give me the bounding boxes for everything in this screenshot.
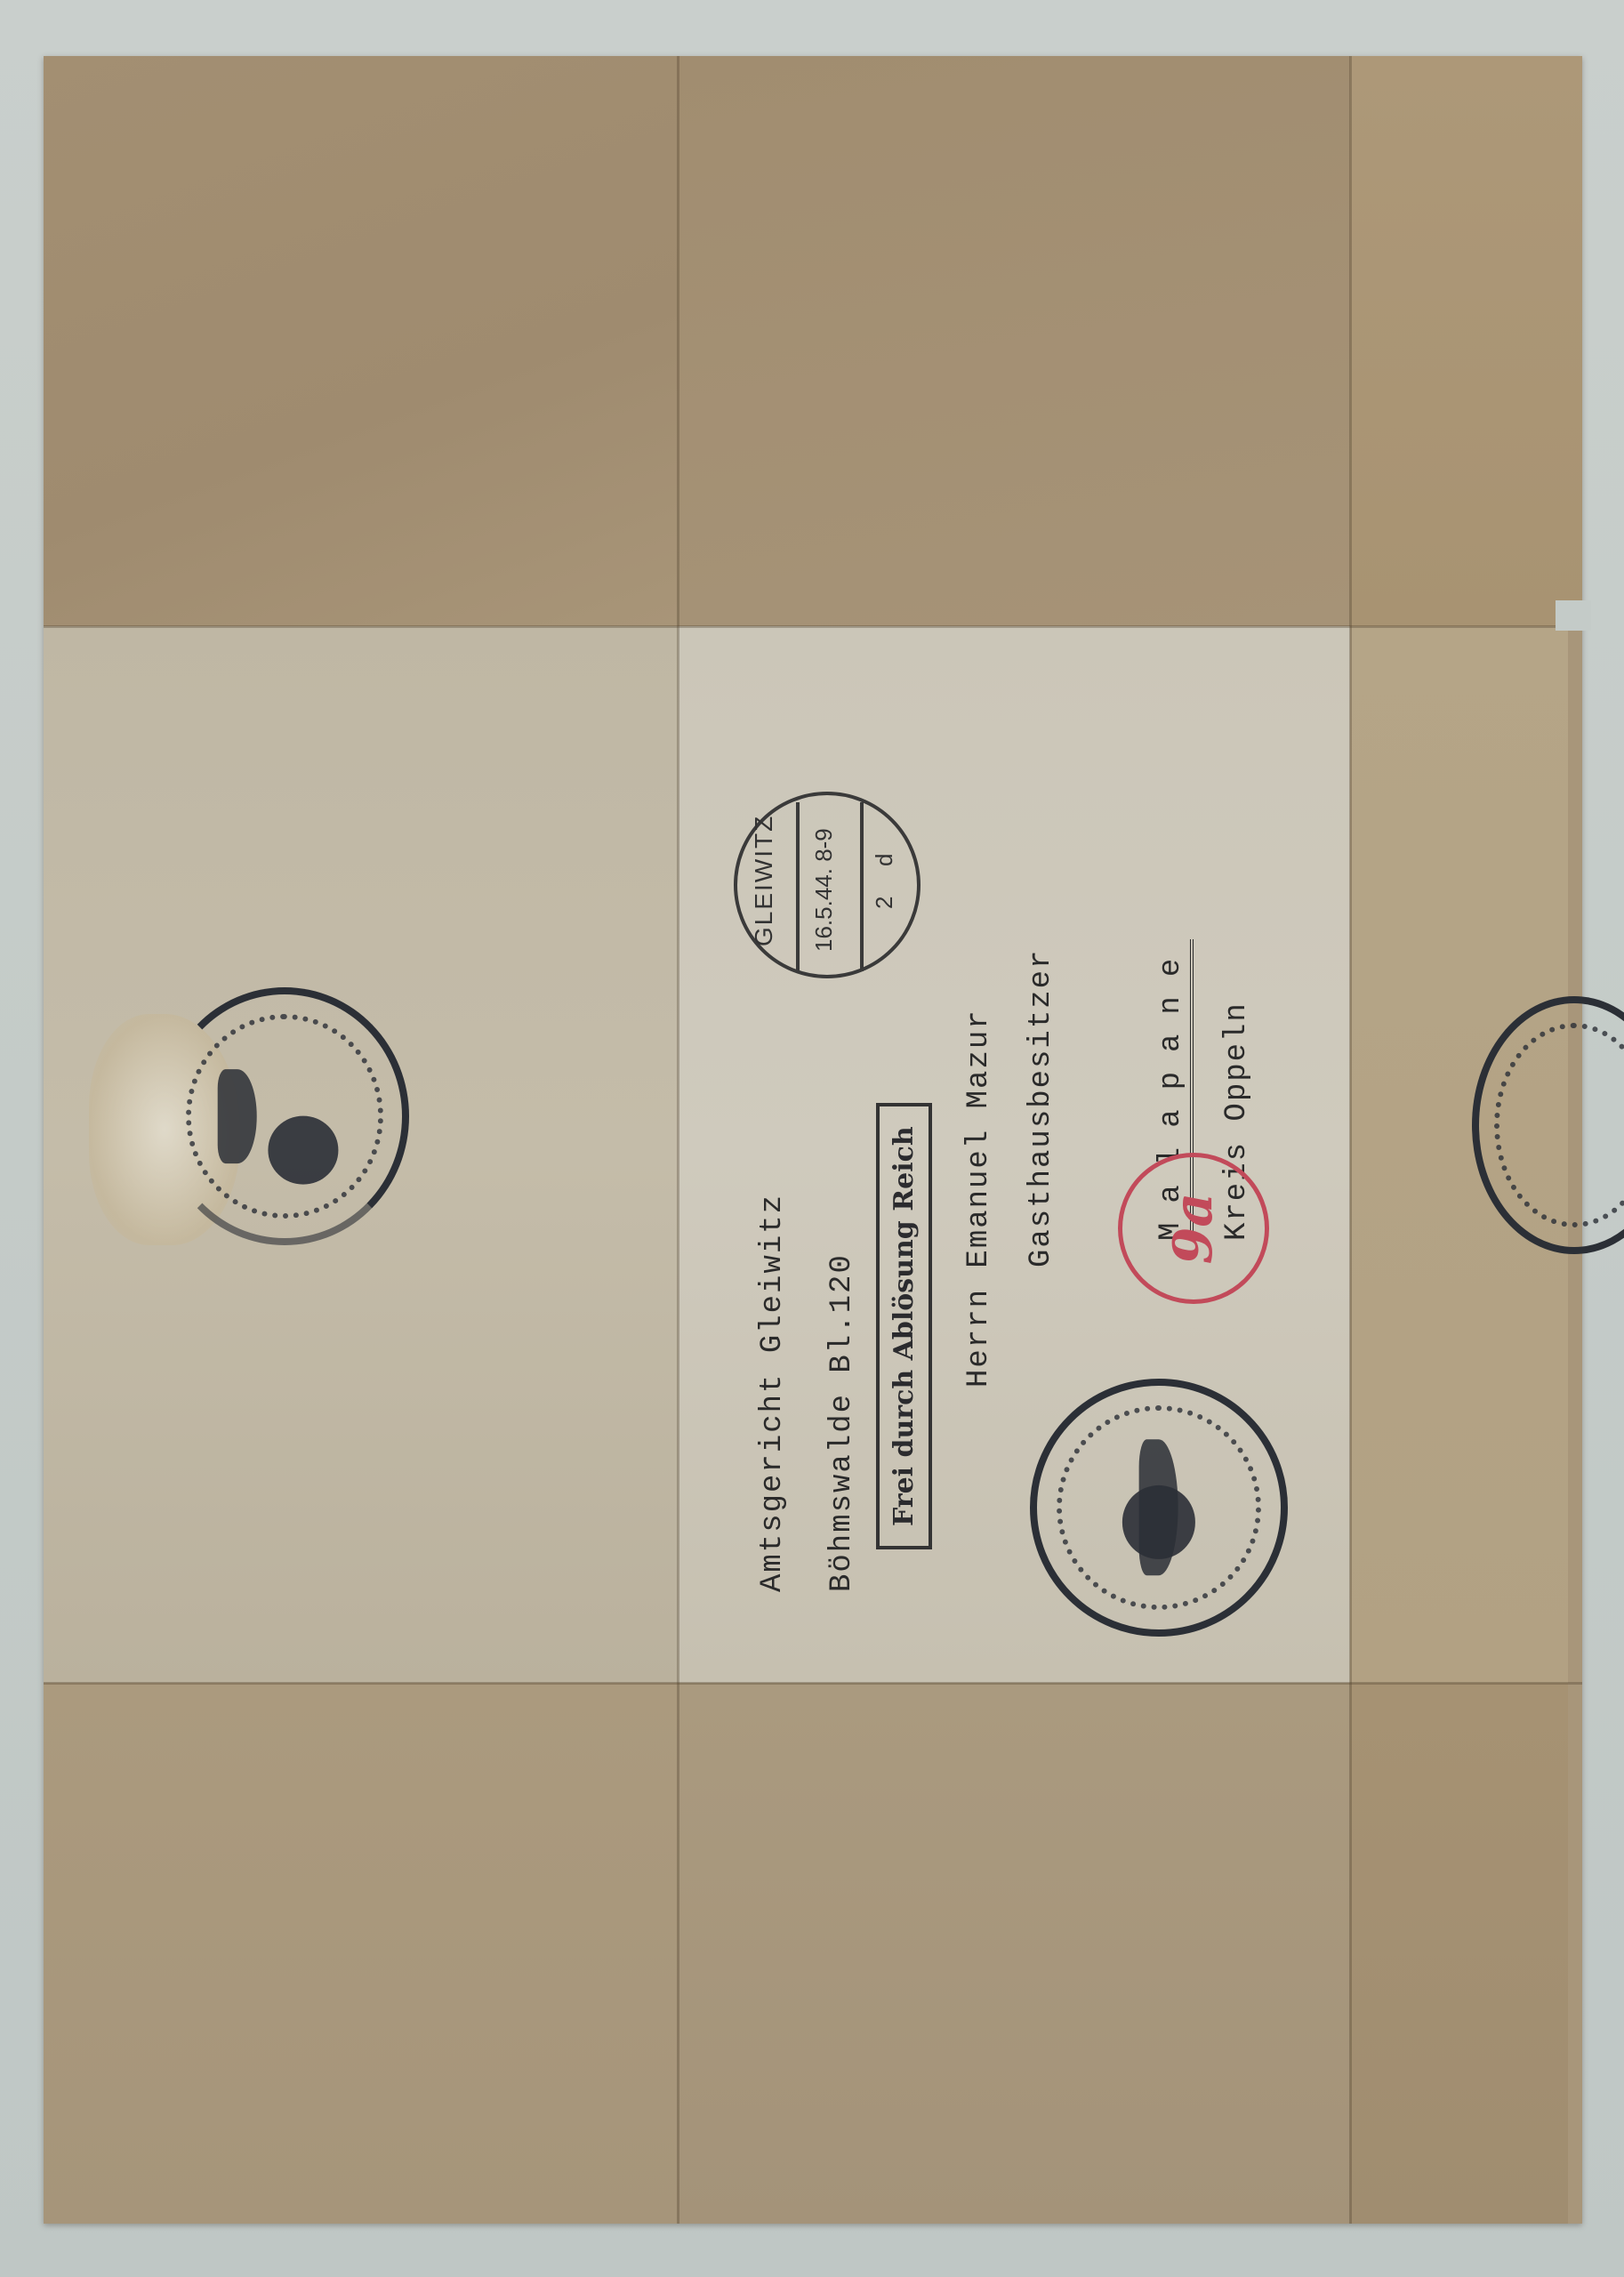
emblem-roundel (269, 1116, 339, 1185)
recipient-occupation: Gasthausbesitzer (1025, 949, 1058, 1267)
seal-lettering-ring (1494, 1023, 1624, 1227)
postmark-date: 16.5.44. 8-9 (810, 828, 838, 952)
red-circle-stamp: 9a (1118, 1153, 1269, 1304)
sender-court: Amtsgericht Gleiwitz (756, 1194, 790, 1592)
official-seal-icon (160, 987, 409, 1245)
postmark-letter: d (871, 854, 898, 866)
panel-bottom-center (678, 1683, 1350, 2224)
fold-line (677, 56, 679, 2224)
seal-lettering-ring (186, 1014, 383, 1219)
red-stamp-text: 9a (1162, 1193, 1225, 1265)
eagle-emblem (218, 1069, 257, 1163)
fold-line (1349, 56, 1352, 2224)
sender-reference: Böhmswalde Bl.120 (825, 1253, 859, 1592)
emblem-roundel (1122, 1485, 1195, 1558)
recipient-name: Herrn Emanuel Mazur (962, 1009, 996, 1388)
postmark: GLEIWITZ 16.5.44. 8-9 2 d (734, 792, 921, 978)
franking-stamp: Frei durch Ablösung Reich (876, 1103, 932, 1549)
postmark-number: 2 (871, 897, 898, 909)
postmark-city: GLEIWITZ (750, 815, 778, 946)
panel-bottom-left (44, 1683, 678, 2224)
panel-top-right (1350, 56, 1582, 626)
fold-line (44, 625, 1582, 628)
panel-top-center (678, 56, 1350, 626)
postmark-bar (860, 802, 864, 971)
panel-top-left (44, 56, 678, 626)
panel-bottom-right (1350, 1683, 1568, 2224)
court-seal-icon (1030, 1379, 1288, 1637)
fold-line (44, 1682, 1582, 1685)
torn-notch (1556, 600, 1591, 631)
postmark-bar (796, 802, 800, 971)
